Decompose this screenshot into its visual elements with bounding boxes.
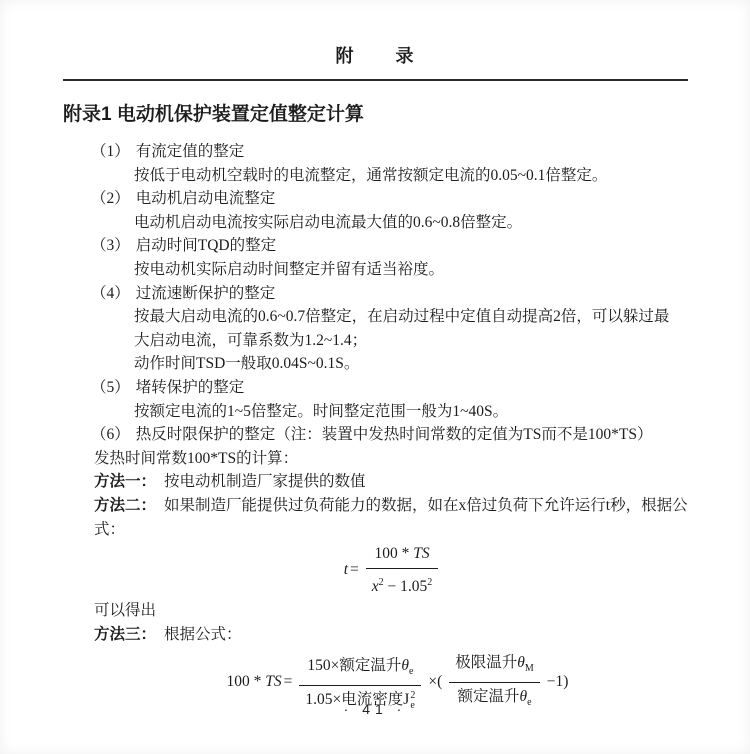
list-item-text: 堵转保护的整定 bbox=[136, 379, 245, 396]
list-marker: （5） bbox=[91, 379, 130, 396]
paragraph-line: 按低于电动机空载时的电流整定，通常按额定电流的0.05~0.1倍整定。 bbox=[63, 164, 688, 188]
paragraph-line: 按电动机实际启动时间整定并留有适当裕度。 bbox=[63, 258, 688, 282]
method-text: 如果制造厂能提供过负荷能力的数据，如在x倍过负荷下允许运行t秒，根据公 bbox=[164, 497, 688, 514]
list-marker: （1） bbox=[91, 143, 130, 160]
page-content: 附 录 附录1 电动机保护装置定值整定计算 （1）有流定值的整定 按低于电动机空… bbox=[0, 0, 750, 712]
list-item-5: （5）堵转保护的整定 bbox=[63, 376, 688, 400]
page-number: · 41 · bbox=[0, 701, 750, 717]
section-heading: 附录1 电动机保护装置定值整定计算 bbox=[63, 103, 688, 127]
numerator-text: 极限温升 bbox=[455, 654, 517, 671]
lhs-variable: TS bbox=[265, 673, 281, 690]
header-rule-line bbox=[63, 79, 688, 81]
exponent: 2 bbox=[427, 577, 432, 588]
paragraph-line: 电动机启动电流按实际启动电流最大值的0.6~0.8倍整定。 bbox=[63, 211, 688, 235]
method-3-line: 方法三：根据公式： bbox=[63, 623, 688, 647]
list-item-text: 启动时间TQD的整定 bbox=[136, 237, 276, 254]
method-label: 方法一： bbox=[94, 473, 156, 490]
formula-overload-time: t = 100 * TS x2 − 1.052 bbox=[99, 541, 688, 599]
lhs-coefficient: 100 * bbox=[227, 673, 266, 690]
list-item-2: （2）电动机启动电流整定 bbox=[63, 187, 688, 211]
fraction-numerator: 极限温升θM bbox=[449, 650, 540, 684]
paragraph-line: 按额定电流的1~5倍整定。时间整定范围一般为1~40S。 bbox=[63, 400, 688, 424]
list-marker: （4） bbox=[91, 285, 130, 302]
fraction-numerator: 100 * TS bbox=[366, 541, 439, 569]
list-item-4: （4）过流速断保护的整定 bbox=[63, 282, 688, 306]
list-marker: （2） bbox=[91, 190, 130, 207]
numerator-text: 150×额定温升 bbox=[307, 657, 401, 674]
list-item-3: （3）启动时间TQD的整定 bbox=[63, 234, 688, 258]
equals-sign: = bbox=[350, 558, 359, 582]
list-marker: （6） bbox=[91, 426, 130, 443]
formula-lhs: 100 * TS bbox=[227, 670, 282, 694]
theta-symbol: θ bbox=[401, 657, 409, 674]
body-text-block: （1）有流定值的整定 按低于电动机空载时的电流整定，通常按额定电流的0.05~0… bbox=[63, 140, 688, 712]
method-1-line: 方法一：按电动机制造厂家提供的数值 bbox=[63, 470, 688, 494]
document-page: 附 录 附录1 电动机保护装置定值整定计算 （1）有流定值的整定 按低于电动机空… bbox=[0, 0, 750, 754]
formula-lhs: t bbox=[344, 558, 348, 582]
paragraph-line: 可以得出 bbox=[63, 599, 688, 623]
subscript: e bbox=[409, 666, 413, 677]
method-text: 根据公式： bbox=[164, 626, 242, 643]
document-header-title: 附 录 bbox=[63, 44, 688, 68]
list-item-text: 热反时限保护的整定（注：装置中发热时间常数的定值为TS而不是100*TS） bbox=[136, 426, 653, 443]
numerator-coefficient: 100 * bbox=[374, 545, 413, 562]
list-item-text: 电动机启动电流整定 bbox=[136, 190, 276, 207]
fraction-numerator: 150×额定温升θe bbox=[299, 653, 421, 687]
minus-one-close-paren: −1) bbox=[547, 670, 569, 694]
list-item-1: （1）有流定值的整定 bbox=[63, 140, 688, 164]
list-marker: （3） bbox=[91, 237, 130, 254]
denominator-constant: − 1.05 bbox=[384, 578, 428, 595]
list-item-text: 过流速断保护的整定 bbox=[136, 285, 276, 302]
fraction-denominator: x2 − 1.052 bbox=[366, 569, 439, 599]
subscript: M bbox=[525, 663, 534, 674]
method-2-line: 方法二：如果制造厂能提供过负荷能力的数据，如在x倍过负荷下允许运行t秒，根据公 bbox=[63, 494, 688, 518]
paragraph-line: 发热时间常数100*TS的计算： bbox=[63, 447, 688, 471]
paragraph-line: 大启动电流，可靠系数为1.2~1.4； bbox=[63, 329, 688, 353]
paragraph-line: 动作时间TSD一般取0.04S~0.1S。 bbox=[63, 352, 688, 376]
method-label: 方法三： bbox=[94, 626, 156, 643]
numerator-variable: TS bbox=[413, 545, 429, 562]
list-item-text: 有流定值的整定 bbox=[136, 143, 245, 160]
equals-sign: = bbox=[284, 670, 293, 694]
method-label: 方法二： bbox=[94, 497, 156, 514]
method-text: 按电动机制造厂家提供的数值 bbox=[164, 473, 366, 490]
paragraph-line: 式： bbox=[63, 518, 688, 542]
multiply-open-paren: ×( bbox=[428, 670, 442, 694]
theta-symbol: θ bbox=[517, 654, 525, 671]
fraction: 100 * TS x2 − 1.052 bbox=[366, 541, 439, 598]
denominator-variable: x bbox=[372, 578, 379, 595]
paragraph-line: 按最大启动电流的0.6~0.7倍整定，在启动过程中定值自动提高2倍，可以躲过最 bbox=[63, 305, 688, 329]
list-item-6: （6）热反时限保护的整定（注：装置中发热时间常数的定值为TS而不是100*TS） bbox=[63, 423, 688, 447]
